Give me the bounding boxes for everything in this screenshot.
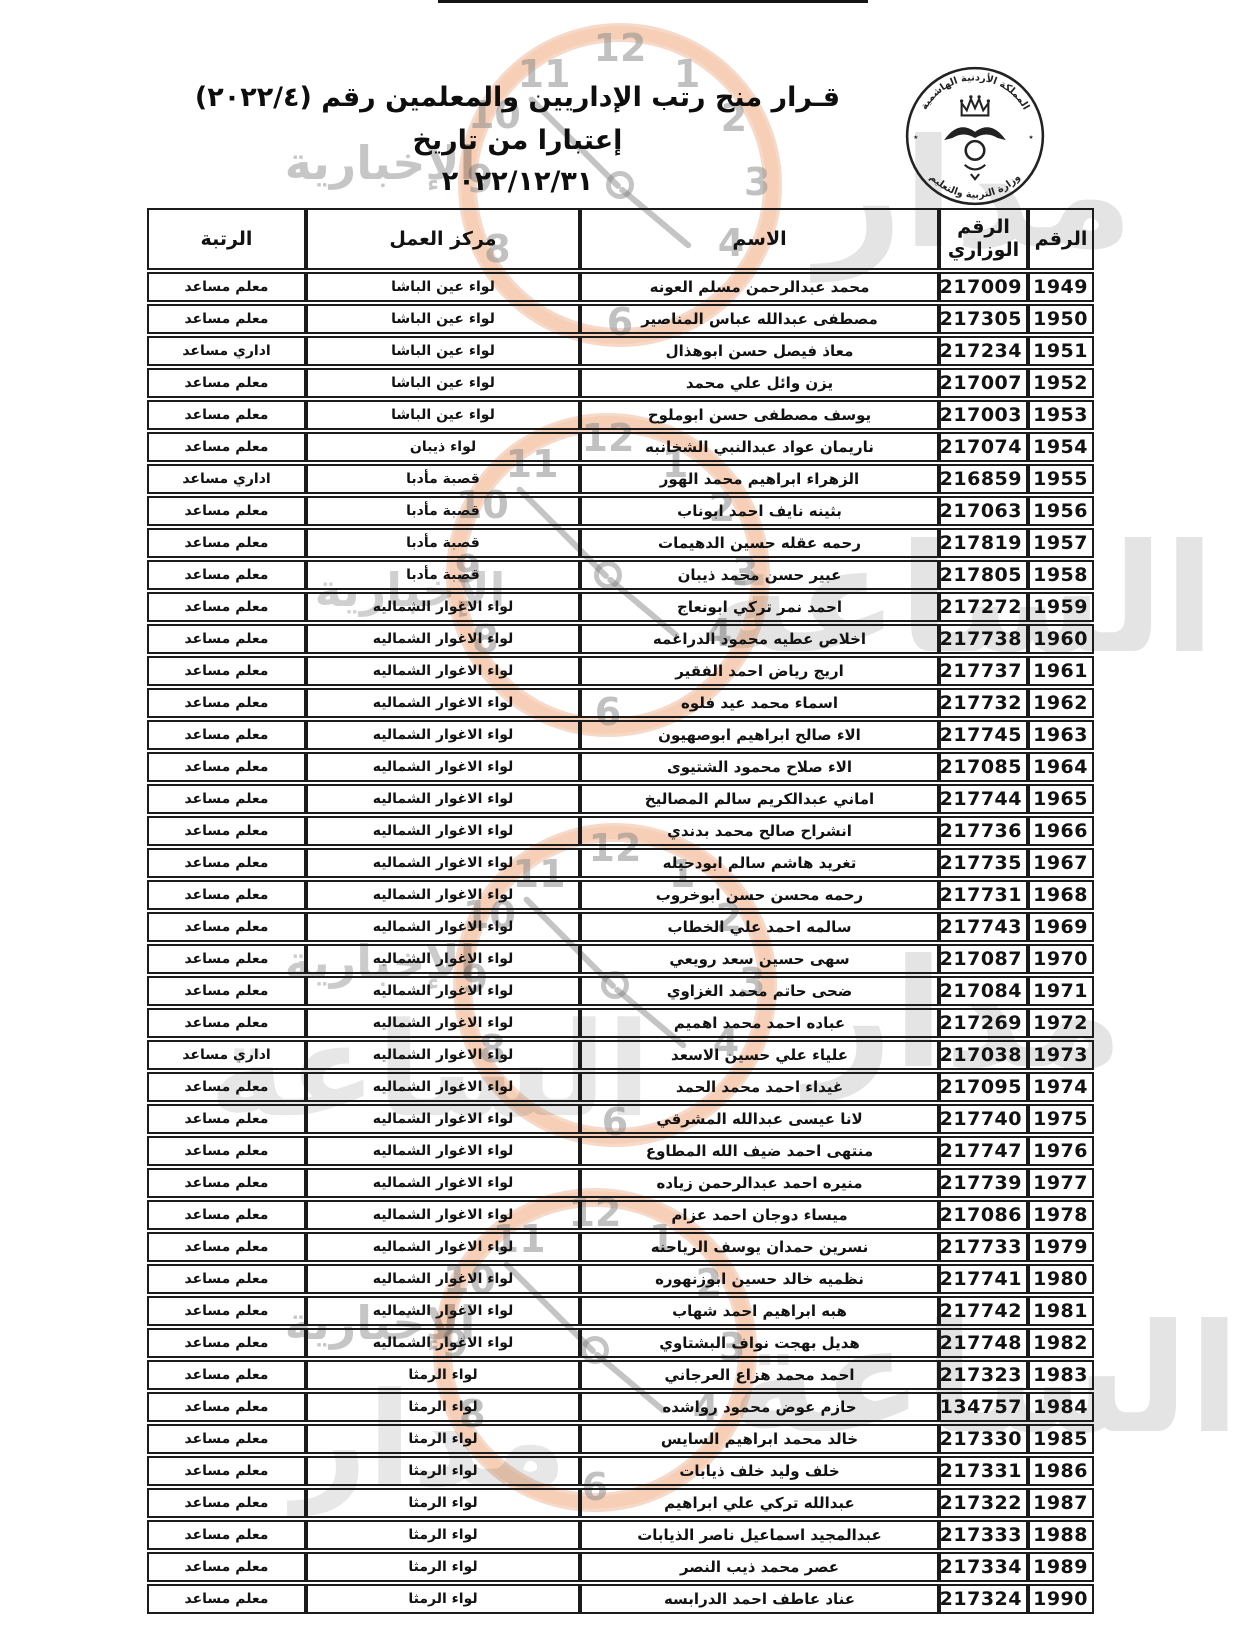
row-number-cell: 1975 <box>1028 1104 1094 1134</box>
name-cell: احمد نمر تركي ابونعاج <box>580 592 939 622</box>
ministry-number-cell: 217272 <box>939 592 1028 622</box>
table-row: 1951217234معاذ فيصل حسن ابوهذاللواء عين … <box>147 336 1094 366</box>
work-center-cell: لواء الاغوار الشماليه <box>306 1008 580 1038</box>
table-row: 1966217736انشراح صالح محمد بدنديلواء الا… <box>147 816 1094 846</box>
rank-cell: معلم مساعد <box>147 1456 306 1486</box>
ministry-number-cell: 134757 <box>939 1392 1028 1422</box>
work-center-cell: لواء الاغوار الشماليه <box>306 784 580 814</box>
rank-cell: معلم مساعد <box>147 1584 306 1614</box>
row-number-cell: 1982 <box>1028 1328 1094 1358</box>
row-number-cell: 1971 <box>1028 976 1094 1006</box>
ministry-number-cell: 217305 <box>939 304 1028 334</box>
work-center-cell: لواء الرمثا <box>306 1584 580 1614</box>
ministry-number-cell: 217731 <box>939 880 1028 910</box>
ministry-seal: المملكة الأردنية الهاشمية وزارة التربية … <box>903 64 1047 208</box>
row-number-cell: 1974 <box>1028 1072 1094 1102</box>
table-row: 1982217748هديل بهجت نواف البشتاويلواء ال… <box>147 1328 1094 1358</box>
work-center-cell: لواء الاغوار الشماليه <box>306 1200 580 1230</box>
row-number-cell: 1955 <box>1028 464 1094 494</box>
work-center-cell: لواء الاغوار الشماليه <box>306 1136 580 1166</box>
row-number-cell: 1966 <box>1028 816 1094 846</box>
name-cell: هديل بهجت نواف البشتاوي <box>580 1328 939 1358</box>
ministry-number-cell: 217333 <box>939 1520 1028 1550</box>
name-cell: منتهى احمد ضيف الله المطاوع <box>580 1136 939 1166</box>
work-center-cell: قصبة مأدبا <box>306 560 580 590</box>
work-center-cell: لواء الاغوار الشماليه <box>306 1168 580 1198</box>
rank-cell: معلم مساعد <box>147 368 306 398</box>
table-row: 1958217805عبير حسن محمد ذيبانقصبة مأدبام… <box>147 560 1094 590</box>
work-center-cell: لواء الاغوار الشماليه <box>306 720 580 750</box>
row-number-cell: 1952 <box>1028 368 1094 398</box>
ministry-number-cell: 217085 <box>939 752 1028 782</box>
row-number-cell: 1965 <box>1028 784 1094 814</box>
work-center-cell: لواء الاغوار الشماليه <box>306 1232 580 1262</box>
svg-text:٭: ٭ <box>913 132 918 143</box>
table-header-row: الرقم الرقم الوزاري الاسم مركز العمل الر… <box>147 208 1094 270</box>
ministry-number-cell: 217744 <box>939 784 1028 814</box>
table-row: 1984134757حازم عوض محمود رواشدهلواء الرم… <box>147 1392 1094 1422</box>
name-cell: ضحى حاتم محمد الغزاوي <box>580 976 939 1006</box>
rank-cell: معلم مساعد <box>147 1296 306 1326</box>
rank-cell: معلم مساعد <box>147 496 306 526</box>
name-cell: معاذ فيصل حسن ابوهذال <box>580 336 939 366</box>
ministry-number-cell: 217331 <box>939 1456 1028 1486</box>
work-center-cell: لواء الرمثا <box>306 1360 580 1390</box>
table-row: 1962217732اسماء محمد عيد فلوهلواء الاغوا… <box>147 688 1094 718</box>
work-center-cell: لواء الاغوار الشماليه <box>306 1264 580 1294</box>
name-cell: الاء صلاح محمود الشتيوى <box>580 752 939 782</box>
name-cell: بثينه نايف احمد ابوناب <box>580 496 939 526</box>
rank-cell: معلم مساعد <box>147 1488 306 1518</box>
name-cell: هبه ابراهيم احمد شهاب <box>580 1296 939 1326</box>
work-center-cell: لواء عين الباشا <box>306 336 580 366</box>
name-cell: خالد محمد ابراهيم السايس <box>580 1424 939 1454</box>
row-number-cell: 1962 <box>1028 688 1094 718</box>
table-row: 1971217084ضحى حاتم محمد الغزاويلواء الاغ… <box>147 976 1094 1006</box>
name-cell: منيره احمد عبدالرحمن زياده <box>580 1168 939 1198</box>
ministry-number-cell: 217330 <box>939 1424 1028 1454</box>
row-number-cell: 1964 <box>1028 752 1094 782</box>
ministry-number-cell: 217738 <box>939 624 1028 654</box>
work-center-cell: لواء الرمثا <box>306 1424 580 1454</box>
ministry-number-cell: 217074 <box>939 432 1028 462</box>
row-number-cell: 1990 <box>1028 1584 1094 1614</box>
ministry-number-cell: 217324 <box>939 1584 1028 1614</box>
row-number-cell: 1968 <box>1028 880 1094 910</box>
ministry-number-cell: 217063 <box>939 496 1028 526</box>
table-row: 1990217324عناد عاطف احمد الدرابسهلواء ال… <box>147 1584 1094 1614</box>
ministry-number-cell: 217736 <box>939 816 1028 846</box>
work-center-cell: لواء الاغوار الشماليه <box>306 1104 580 1134</box>
row-number-cell: 1977 <box>1028 1168 1094 1198</box>
rank-cell: معلم مساعد <box>147 1520 306 1550</box>
table-row: 1957217819رحمه عقله حسين الدهيماتقصبة مأ… <box>147 528 1094 558</box>
name-cell: رحمه عقله حسين الدهيمات <box>580 528 939 558</box>
row-number-cell: 1950 <box>1028 304 1094 334</box>
rank-cell: معلم مساعد <box>147 1136 306 1166</box>
table-row: 1952217007يزن وائل علي محمدلواء عين البا… <box>147 368 1094 398</box>
rank-cell: معلم مساعد <box>147 848 306 878</box>
rank-cell: معلم مساعد <box>147 1200 306 1230</box>
ranks-table: الرقم الرقم الوزاري الاسم مركز العمل الر… <box>147 206 1094 1616</box>
header-rank: الرتبة <box>147 208 306 270</box>
header-number: الرقم <box>1028 208 1094 270</box>
row-number-cell: 1984 <box>1028 1392 1094 1422</box>
document-page: 1212346891011121234689101112123468910111… <box>0 0 1240 1650</box>
rank-cell: معلم مساعد <box>147 1104 306 1134</box>
table-row: 1961217737اريج رياض احمد الفقيرلواء الاغ… <box>147 656 1094 686</box>
work-center-cell: لواء الاغوار الشماليه <box>306 1296 580 1326</box>
work-center-cell: لواء الرمثا <box>306 1392 580 1422</box>
work-center-cell: لواء عين الباشا <box>306 272 580 302</box>
name-cell: احمد محمد هزاع العرجاني <box>580 1360 939 1390</box>
rank-cell: اداري مساعد <box>147 336 306 366</box>
name-cell: انشراح صالح محمد بدندي <box>580 816 939 846</box>
rank-cell: اداري مساعد <box>147 1040 306 1070</box>
ministry-number-cell: 217269 <box>939 1008 1028 1038</box>
row-number-cell: 1954 <box>1028 432 1094 462</box>
table-row: 1975217740لانا عيسى عبدالله المشرقيلواء … <box>147 1104 1094 1134</box>
row-number-cell: 1988 <box>1028 1520 1094 1550</box>
rank-cell: معلم مساعد <box>147 432 306 462</box>
rank-cell: معلم مساعد <box>147 720 306 750</box>
name-cell: اماني عبدالكريم سالم المصاليخ <box>580 784 939 814</box>
row-number-cell: 1969 <box>1028 912 1094 942</box>
work-center-cell: لواء الرمثا <box>306 1520 580 1550</box>
work-center-cell: لواء عين الباشا <box>306 368 580 398</box>
rank-cell: معلم مساعد <box>147 1232 306 1262</box>
row-number-cell: 1985 <box>1028 1424 1094 1454</box>
row-number-cell: 1978 <box>1028 1200 1094 1230</box>
row-number-cell: 1957 <box>1028 528 1094 558</box>
svg-text:٭: ٭ <box>1028 132 1033 143</box>
row-number-cell: 1949 <box>1028 272 1094 302</box>
work-center-cell: لواء عين الباشا <box>306 400 580 430</box>
crown-emblem-icon <box>944 95 1006 179</box>
ministry-number-cell: 217322 <box>939 1488 1028 1518</box>
name-cell: عبير حسن محمد ذيبان <box>580 560 939 590</box>
name-cell: علياء علي حسين الاسعد <box>580 1040 939 1070</box>
ministry-number-cell: 217745 <box>939 720 1028 750</box>
name-cell: تغريد هاشم سالم ابودحيله <box>580 848 939 878</box>
table-row: 1988217333عبدالمجيد اسماعيل ناصر الذيابا… <box>147 1520 1094 1550</box>
clock-number: 12 <box>594 26 647 70</box>
rank-cell: معلم مساعد <box>147 1328 306 1358</box>
name-cell: عباده احمد محمد اهميم <box>580 1008 939 1038</box>
table-row: 1963217745الاء صالح ابراهيم ابوصهيونلواء… <box>147 720 1094 750</box>
ministry-number-cell: 217086 <box>939 1200 1028 1230</box>
table-row: 1981217742هبه ابراهيم احمد شهابلواء الاغ… <box>147 1296 1094 1326</box>
ministry-number-cell: 217323 <box>939 1360 1028 1390</box>
work-center-cell: لواء الرمثا <box>306 1488 580 1518</box>
work-center-cell: لواء الاغوار الشماليه <box>306 1040 580 1070</box>
work-center-cell: لواء الاغوار الشماليه <box>306 656 580 686</box>
title-line-2: ٢٠٢٢/١٢/٣١ <box>150 162 885 203</box>
row-number-cell: 1951 <box>1028 336 1094 366</box>
work-center-cell: قصبة مأدبا <box>306 464 580 494</box>
row-number-cell: 1980 <box>1028 1264 1094 1294</box>
table-row: 1969217743سالمه احمد علي الخطابلواء الاغ… <box>147 912 1094 942</box>
name-cell: عناد عاطف احمد الدرابسه <box>580 1584 939 1614</box>
work-center-cell: لواء الرمثا <box>306 1552 580 1582</box>
ministry-number-cell: 217739 <box>939 1168 1028 1198</box>
rank-cell: معلم مساعد <box>147 1392 306 1422</box>
work-center-cell: لواء الاغوار الشماليه <box>306 592 580 622</box>
rank-cell: معلم مساعد <box>147 1168 306 1198</box>
name-cell: سهى حسين سعد رويعي <box>580 944 939 974</box>
rank-cell: معلم مساعد <box>147 656 306 686</box>
ministry-number-cell: 217038 <box>939 1040 1028 1070</box>
name-cell: محمد عبدالرحمن مسلم العونه <box>580 272 939 302</box>
table-row: 1980217741نظميه خالد حسين ابوزنهورهلواء … <box>147 1264 1094 1294</box>
ministry-number-cell: 217742 <box>939 1296 1028 1326</box>
header-ministry-number: الرقم الوزاري <box>939 208 1028 270</box>
row-number-cell: 1976 <box>1028 1136 1094 1166</box>
rank-cell: اداري مساعد <box>147 464 306 494</box>
rank-cell: معلم مساعد <box>147 688 306 718</box>
header-work-center: مركز العمل <box>306 208 580 270</box>
work-center-cell: لواء الاغوار الشماليه <box>306 880 580 910</box>
name-cell: عصر محمد ذيب النصر <box>580 1552 939 1582</box>
ministry-number-cell: 217084 <box>939 976 1028 1006</box>
table-row: 1967217735تغريد هاشم سالم ابودحيلهلواء ا… <box>147 848 1094 878</box>
table-row: 1965217744اماني عبدالكريم سالم المصاليخل… <box>147 784 1094 814</box>
work-center-cell: لواء الاغوار الشماليه <box>306 912 580 942</box>
row-number-cell: 1961 <box>1028 656 1094 686</box>
rank-cell: معلم مساعد <box>147 1008 306 1038</box>
table-row: 1956217063بثينه نايف احمد ابونابقصبة مأد… <box>147 496 1094 526</box>
ministry-number-cell: 217740 <box>939 1104 1028 1134</box>
work-center-cell: لواء الاغوار الشماليه <box>306 752 580 782</box>
name-cell: نسرين حمدان يوسف الرياحنه <box>580 1232 939 1262</box>
ministry-number-cell: 217009 <box>939 272 1028 302</box>
table-row: 1983217323احمد محمد هزاع العرجانيلواء ال… <box>147 1360 1094 1390</box>
ministry-number-cell: 217743 <box>939 912 1028 942</box>
table-row: 1955216859الزهراء ابراهيم محمد الهورقصبة… <box>147 464 1094 494</box>
name-cell: الاء صالح ابراهيم ابوصهيون <box>580 720 939 750</box>
row-number-cell: 1979 <box>1028 1232 1094 1262</box>
table-row: 1972217269عباده احمد محمد اهميملواء الاغ… <box>147 1008 1094 1038</box>
rank-cell: معلم مساعد <box>147 752 306 782</box>
name-cell: نظميه خالد حسين ابوزنهوره <box>580 1264 939 1294</box>
table-body: 1949217009محمد عبدالرحمن مسلم العونهلواء… <box>147 272 1094 1614</box>
row-number-cell: 1963 <box>1028 720 1094 750</box>
work-center-cell: لواء الاغوار الشماليه <box>306 816 580 846</box>
ministry-number-cell: 217737 <box>939 656 1028 686</box>
rank-cell: معلم مساعد <box>147 624 306 654</box>
name-cell: لانا عيسى عبدالله المشرقي <box>580 1104 939 1134</box>
rank-cell: معلم مساعد <box>147 912 306 942</box>
table-row: 1979217733نسرين حمدان يوسف الرياحنهلواء … <box>147 1232 1094 1262</box>
work-center-cell: لواء الاغوار الشماليه <box>306 624 580 654</box>
row-number-cell: 1972 <box>1028 1008 1094 1038</box>
rank-cell: معلم مساعد <box>147 944 306 974</box>
rank-cell: معلم مساعد <box>147 400 306 430</box>
work-center-cell: لواء عين الباشا <box>306 304 580 334</box>
work-center-cell: قصبة مأدبا <box>306 496 580 526</box>
name-cell: اخلاص عطيه محمود الدراغمه <box>580 624 939 654</box>
ministry-number-cell: 217007 <box>939 368 1028 398</box>
rank-cell: معلم مساعد <box>147 976 306 1006</box>
row-number-cell: 1981 <box>1028 1296 1094 1326</box>
ministry-number-cell: 217733 <box>939 1232 1028 1262</box>
table-row: 1968217731رحمه محسن حسن ابوخروبلواء الاغ… <box>147 880 1094 910</box>
table-row: 1949217009محمد عبدالرحمن مسلم العونهلواء… <box>147 272 1094 302</box>
header-name: الاسم <box>580 208 939 270</box>
row-number-cell: 1956 <box>1028 496 1094 526</box>
name-cell: مصطفى عبدالله عباس المناصير <box>580 304 939 334</box>
table-row: 1960217738اخلاص عطيه محمود الدراغمهلواء … <box>147 624 1094 654</box>
rank-cell: معلم مساعد <box>147 592 306 622</box>
row-number-cell: 1989 <box>1028 1552 1094 1582</box>
name-cell: اسماء محمد عيد فلوه <box>580 688 939 718</box>
ministry-number-cell: 217234 <box>939 336 1028 366</box>
ministry-number-cell: 217748 <box>939 1328 1028 1358</box>
name-cell: يوسف مصطفى حسن ابوملوح <box>580 400 939 430</box>
row-number-cell: 1987 <box>1028 1488 1094 1518</box>
row-number-cell: 1959 <box>1028 592 1094 622</box>
row-number-cell: 1953 <box>1028 400 1094 430</box>
row-number-cell: 1960 <box>1028 624 1094 654</box>
rank-cell: معلم مساعد <box>147 560 306 590</box>
table-row: 1986217331خلف وليد خلف ذياباتلواء الرمثا… <box>147 1456 1094 1486</box>
row-number-cell: 1970 <box>1028 944 1094 974</box>
table-row: 1985217330خالد محمد ابراهيم السايسلواء ا… <box>147 1424 1094 1454</box>
table-row: 1964217085الاء صلاح محمود الشتيوىلواء ال… <box>147 752 1094 782</box>
ministry-number-cell: 217334 <box>939 1552 1028 1582</box>
document-title: قـرار منح رتب الإداريين والمعلمين رقم (٢… <box>150 76 885 203</box>
name-cell: اريج رياض احمد الفقير <box>580 656 939 686</box>
name-cell: غيداء احمد محمد الحمد <box>580 1072 939 1102</box>
ministry-number-cell: 217805 <box>939 560 1028 590</box>
work-center-cell: قصبة مأدبا <box>306 528 580 558</box>
rank-cell: معلم مساعد <box>147 272 306 302</box>
name-cell: ناريمان عواد عبدالنبي الشخانبه <box>580 432 939 462</box>
ministry-number-cell: 217087 <box>939 944 1028 974</box>
rank-cell: معلم مساعد <box>147 1552 306 1582</box>
table-row: 1978217086ميساء دوجان احمد عزاملواء الاغ… <box>147 1200 1094 1230</box>
name-cell: رحمه محسن حسن ابوخروب <box>580 880 939 910</box>
ministry-number-cell: 216859 <box>939 464 1028 494</box>
rank-cell: معلم مساعد <box>147 784 306 814</box>
royal-crest-icon: المملكة الأردنية الهاشمية وزارة التربية … <box>903 64 1047 208</box>
rank-cell: معلم مساعد <box>147 1360 306 1390</box>
scan-artifact-line <box>438 0 868 3</box>
ministry-number-cell: 217747 <box>939 1136 1028 1166</box>
table-row: 1970217087سهى حسين سعد رويعيلواء الاغوار… <box>147 944 1094 974</box>
name-cell: عبدالمجيد اسماعيل ناصر الذيابات <box>580 1520 939 1550</box>
name-cell: سالمه احمد علي الخطاب <box>580 912 939 942</box>
ministry-number-cell: 217735 <box>939 848 1028 878</box>
title-line-1: قـرار منح رتب الإداريين والمعلمين رقم (٢… <box>150 76 885 162</box>
work-center-cell: لواء الاغوار الشماليه <box>306 976 580 1006</box>
work-center-cell: لواء الاغوار الشماليه <box>306 688 580 718</box>
row-number-cell: 1967 <box>1028 848 1094 878</box>
name-cell: خلف وليد خلف ذيابات <box>580 1456 939 1486</box>
table-row: 1974217095غيداء احمد محمد الحمدلواء الاغ… <box>147 1072 1094 1102</box>
table-row: 1973217038علياء علي حسين الاسعدلواء الاغ… <box>147 1040 1094 1070</box>
rank-cell: معلم مساعد <box>147 880 306 910</box>
row-number-cell: 1983 <box>1028 1360 1094 1390</box>
table-row: 1977217739منيره احمد عبدالرحمن زيادهلواء… <box>147 1168 1094 1198</box>
table-row: 1989217334عصر محمد ذيب النصرلواء الرمثام… <box>147 1552 1094 1582</box>
work-center-cell: لواء الاغوار الشماليه <box>306 1072 580 1102</box>
rank-cell: معلم مساعد <box>147 1424 306 1454</box>
rank-cell: معلم مساعد <box>147 1264 306 1294</box>
work-center-cell: لواء الاغوار الشماليه <box>306 848 580 878</box>
name-cell: ميساء دوجان احمد عزام <box>580 1200 939 1230</box>
ministry-number-cell: 217095 <box>939 1072 1028 1102</box>
table-row: 1953217003يوسف مصطفى حسن ابوملوحلواء عين… <box>147 400 1094 430</box>
name-cell: يزن وائل علي محمد <box>580 368 939 398</box>
table-row: 1954217074ناريمان عواد عبدالنبي الشخانبه… <box>147 432 1094 462</box>
rank-cell: معلم مساعد <box>147 816 306 846</box>
ministry-number-cell: 217819 <box>939 528 1028 558</box>
work-center-cell: لواء الاغوار الشماليه <box>306 1328 580 1358</box>
ministry-number-cell: 217741 <box>939 1264 1028 1294</box>
table-row: 1950217305مصطفى عبدالله عباس المناصيرلوا… <box>147 304 1094 334</box>
work-center-cell: لواء الرمثا <box>306 1456 580 1486</box>
table-row: 1987217322عبدالله تركي علي ابراهيملواء ا… <box>147 1488 1094 1518</box>
work-center-cell: لواء ذيبان <box>306 432 580 462</box>
row-number-cell: 1986 <box>1028 1456 1094 1486</box>
rank-cell: معلم مساعد <box>147 304 306 334</box>
table-row: 1959217272احمد نمر تركي ابونعاجلواء الاغ… <box>147 592 1094 622</box>
name-cell: عبدالله تركي علي ابراهيم <box>580 1488 939 1518</box>
work-center-cell: لواء الاغوار الشماليه <box>306 944 580 974</box>
rank-cell: معلم مساعد <box>147 528 306 558</box>
ministry-number-cell: 217732 <box>939 688 1028 718</box>
name-cell: الزهراء ابراهيم محمد الهور <box>580 464 939 494</box>
name-cell: حازم عوض محمود رواشده <box>580 1392 939 1422</box>
rank-cell: معلم مساعد <box>147 1072 306 1102</box>
row-number-cell: 1958 <box>1028 560 1094 590</box>
table-row: 1976217747منتهى احمد ضيف الله المطاوعلوا… <box>147 1136 1094 1166</box>
row-number-cell: 1973 <box>1028 1040 1094 1070</box>
ministry-number-cell: 217003 <box>939 400 1028 430</box>
